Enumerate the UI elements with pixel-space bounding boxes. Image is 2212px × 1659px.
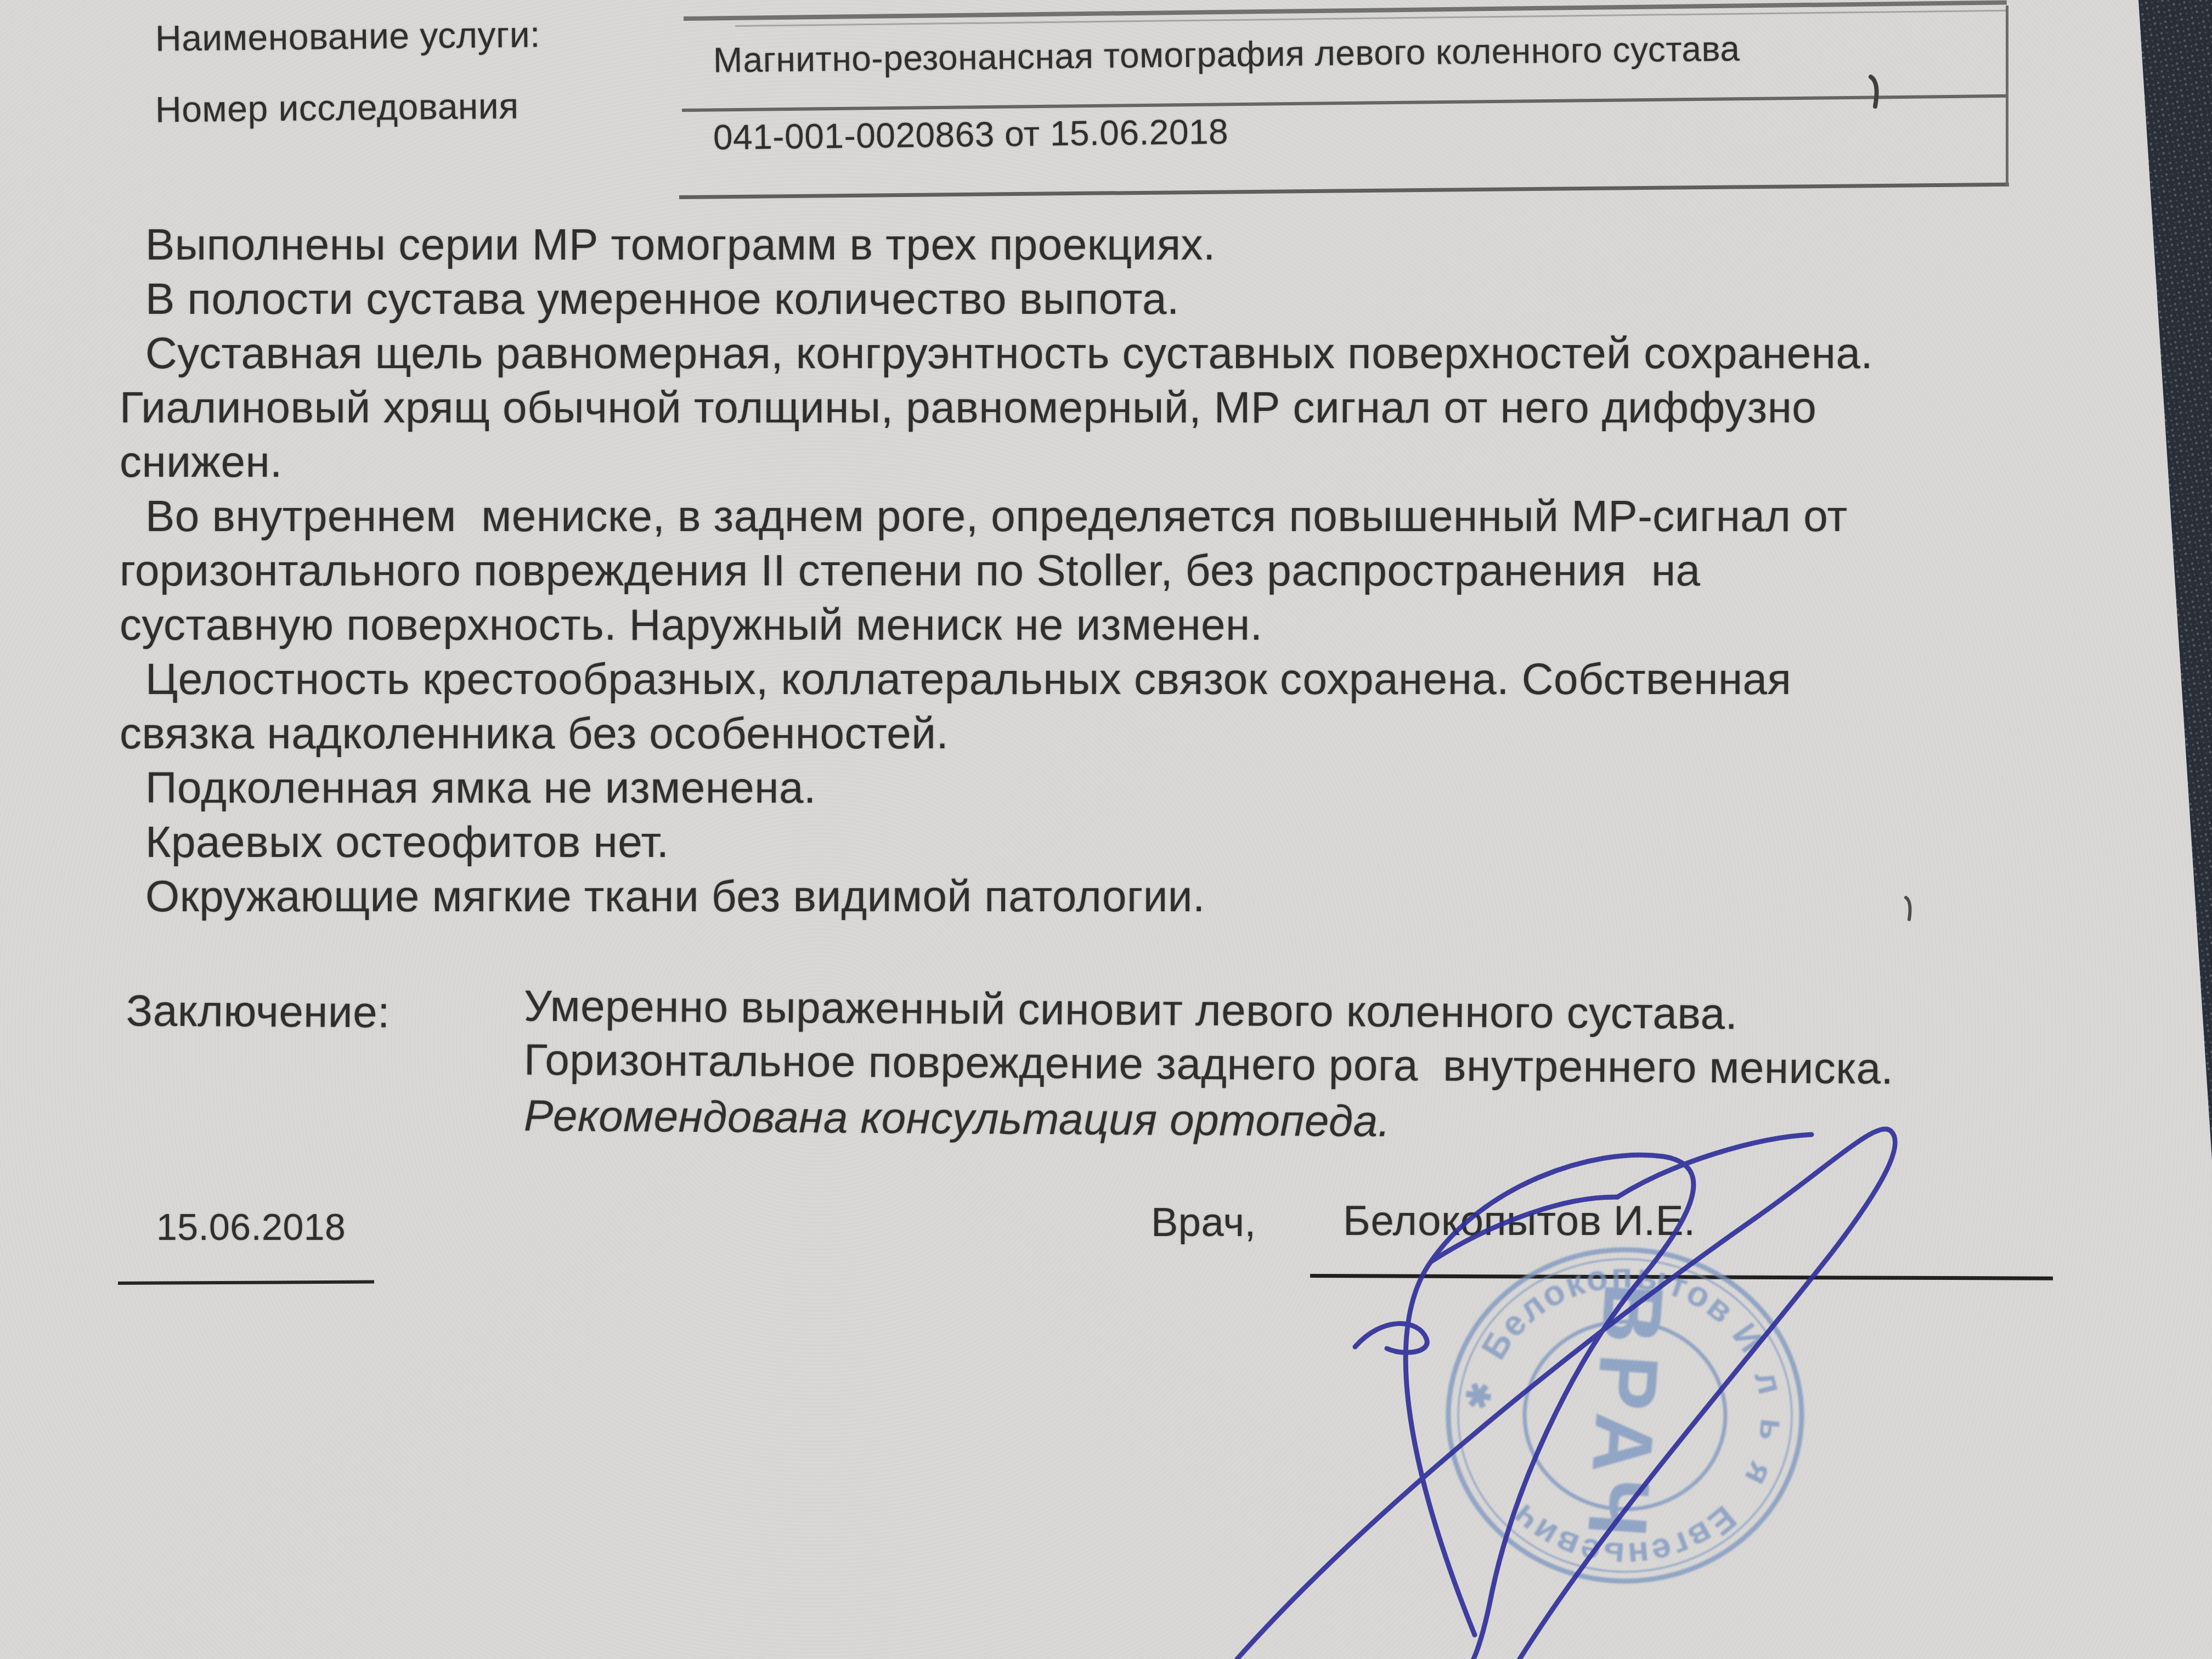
conclusion-line: Умеренно выраженный синовит левого колен… <box>524 981 1738 1040</box>
service-name-value: Магнитно-резонансная томография левого к… <box>713 28 1740 80</box>
stamp-star: ✱ <box>1459 1379 1499 1412</box>
paper-sheet: Наименование услуги: Номер исследования … <box>0 0 2212 1659</box>
report-line: Во внутреннем мениске, в заднем роге, оп… <box>145 491 1848 541</box>
report-line: Подколенная ямка не изменена. <box>145 763 816 813</box>
paper-mark <box>1871 77 1877 106</box>
table-bottom-border <box>679 183 2009 199</box>
report-line: снижен. <box>120 437 283 487</box>
report-line: горизонтального повреждения II степени п… <box>120 545 1701 596</box>
doctor-round-stamp: ✱ Белокопытов Илья Евгеньевич ВРАЧ <box>1448 1250 1802 1581</box>
report-line: Суставная щель равномерная, конгруэнтнос… <box>145 328 1873 379</box>
doctor-name: Белокопытов И.Е. <box>1343 1197 1696 1245</box>
table-right-border <box>2006 5 2008 187</box>
report-line: Краевых остеофитов нет. <box>145 817 669 867</box>
report-line: Окружающие мягкие ткани без видимой пато… <box>145 871 1205 922</box>
doctor-label: Врач, <box>1151 1199 1256 1245</box>
stamp-center-text: ВРАЧ <box>1569 1280 1680 1550</box>
report-line: Выполнены серии МР томограмм в трех прое… <box>145 219 1216 270</box>
conclusion-recommendation-line: Рекомендована консультация ортопеда. <box>524 1091 1391 1147</box>
report-line: связка надколенника без особенностей. <box>120 708 949 759</box>
service-name-label: Наименование услуги: <box>155 13 541 59</box>
paper-mark <box>1906 898 1910 919</box>
signature-stroke <box>1355 1324 1427 1353</box>
report-line: Гиалиновый хрящ обычной толщины, равноме… <box>120 382 1816 433</box>
doctor-signature-underline <box>1310 1274 2053 1280</box>
conclusion-label: Заключение: <box>126 985 390 1037</box>
table-middle-border <box>682 94 2008 112</box>
conclusion-line: Горизонтальное повреждение заднего рога … <box>524 1035 1894 1094</box>
photo-of-mri-report: { "document": { "header": { "service_lab… <box>0 0 2212 1659</box>
background-fabric-edge <box>2138 0 2212 1160</box>
stamp-outer-ring <box>1448 1250 1802 1581</box>
report-date: 15.06.2018 <box>156 1206 346 1249</box>
stamp-second-ring <box>1458 1259 1792 1572</box>
signature-stroke <box>1617 1135 1812 1197</box>
report-line: Целостность крестообразных, коллатеральн… <box>145 654 1791 704</box>
photo-frame: Наименование услуги: Номер исследования … <box>0 0 2212 1659</box>
stamp-patronymic: Евгеньевич <box>1504 1497 1743 1575</box>
stamp-inner-ring <box>1525 1322 1725 1509</box>
study-number-label: Номер исследования <box>155 85 519 131</box>
stamp-surname: Белокопытов <box>1474 1256 1741 1366</box>
stamp-first-name: Илья <box>1725 1316 1793 1492</box>
date-underline <box>118 1280 374 1285</box>
report-line: В полости сустава умеренное количество в… <box>145 274 1180 324</box>
study-number-value: 041-001-0020863 от 15.06.2018 <box>713 111 1229 158</box>
report-line: суставную поверхность. Наружный мениск н… <box>120 600 1262 650</box>
